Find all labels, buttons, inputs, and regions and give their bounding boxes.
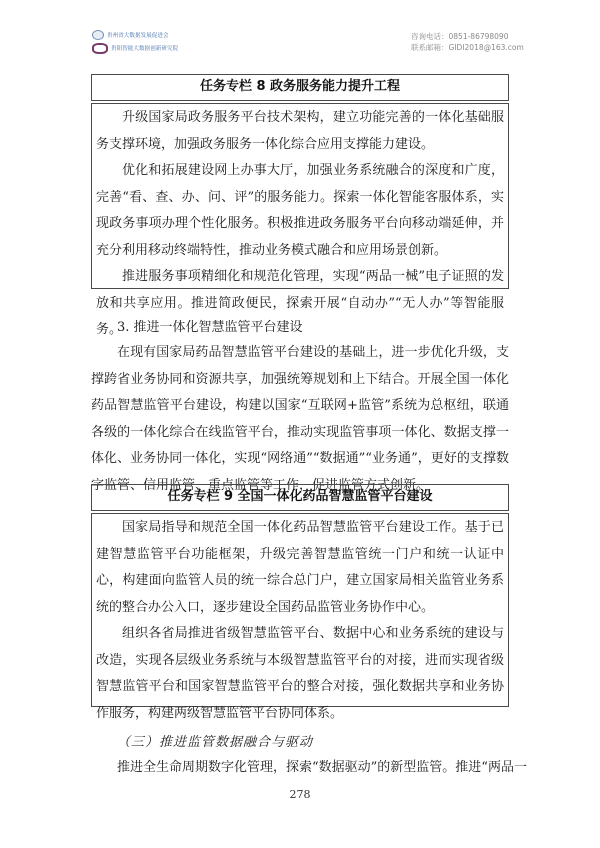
header-logos: 贵州省大数据发展促进会 贵阳智能大数据创新研究院 <box>92 30 202 56</box>
task-box-9-body: 国家局指导和规范全国一体化药品智慧监管平台建设工作。基于已建智慧监管平台功能框架… <box>91 513 509 707</box>
section-heading-3: 3. 推进一体化智慧监管平台建设 <box>117 316 303 335</box>
task-box-8-title: 任务专栏 8 政务服务能力提升工程 <box>91 74 509 101</box>
contact-email: 联系邮箱：GIDI2018@163.com <box>411 42 524 53</box>
logo-text: 贵州省大数据发展促进会 <box>107 31 169 39</box>
association-logo-icon <box>92 30 104 40</box>
task-box-9-paragraph: 国家局指导和规范全国一体化药品智慧监管平台建设工作。基于已建智慧监管平台功能框架… <box>96 515 504 621</box>
institute-logo-icon <box>92 43 108 54</box>
section-3-body: 在现有国家局药品智慧监管平台建设的基础上，进一步优化升级，支撑跨省业务协同和资源… <box>91 340 509 500</box>
section-3-paragraph: 在现有国家局药品智慧监管平台建设的基础上，进一步优化升级，支撑跨省业务协同和资源… <box>91 340 509 500</box>
task-box-8-body: 升级国家局政务服务平台技术架构，建立功能完善的一体化基础服务支撑环境，加强政务服… <box>91 103 509 289</box>
email-label: 联系邮箱： <box>411 43 449 52</box>
task-box-9-paragraph: 组织各省局推进省级智慧监管平台、数据中心和业务系统的建设与改造，实现各层级业务系… <box>96 621 504 727</box>
logo-promotion-association: 贵州省大数据发展促进会 <box>92 30 202 40</box>
phone-label: 咨询电话： <box>411 32 449 41</box>
task-box-8-paragraph: 优化和拓展建设网上办事大厅，加强业务系统融合的深度和广度，完善“看、查、办、问、… <box>96 158 504 264</box>
subsection-heading-3: （三）推进监管数据融合与驱动 <box>117 731 313 750</box>
logo-text: 贵阳智能大数据创新研究院 <box>111 44 178 52</box>
task-box-9-title: 任务专栏 9 全国一体化药品智慧监管平台建设 <box>91 484 509 511</box>
task-box-9: 任务专栏 9 全国一体化药品智慧监管平台建设 国家局指导和规范全国一体化药品智慧… <box>91 484 509 511</box>
subsection-3-body: 推进全生命周期数字化管理，探索“数据驱动”的新型监管。推进“两品一 <box>117 755 517 782</box>
phone-number: 0851-86798090 <box>449 32 509 41</box>
page-number: 278 <box>0 788 600 801</box>
email-address: GIDI2018@163.com <box>449 43 524 52</box>
header-contact: 咨询电话：0851-86798090 联系邮箱：GIDI2018@163.com <box>411 31 524 53</box>
task-box-8-paragraph: 升级国家局政务服务平台技术架构，建立功能完善的一体化基础服务支撑环境，加强政务服… <box>96 105 504 158</box>
task-box-8: 任务专栏 8 政务服务能力提升工程 升级国家局政务服务平台技术架构，建立功能完善… <box>91 74 509 101</box>
logo-research-institute: 贵阳智能大数据创新研究院 <box>92 43 202 53</box>
subsection-3-paragraph: 推进全生命周期数字化管理，探索“数据驱动”的新型监管。推进“两品一 <box>117 755 517 782</box>
contact-phone: 咨询电话：0851-86798090 <box>411 31 524 42</box>
